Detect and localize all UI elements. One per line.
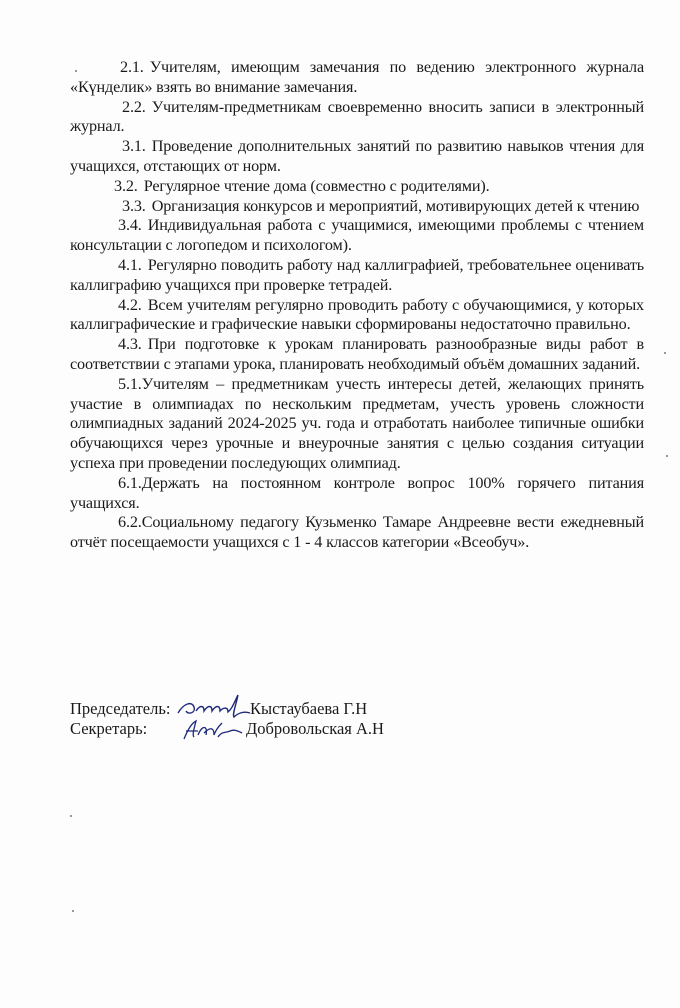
signatory-name: Кыстаубаева Г.Н [250,699,367,719]
paragraph-number: 6.2. [118,513,142,531]
paragraph-text: Учителям – предметникам учесть интересы … [70,375,644,472]
scan-speck [664,352,666,354]
paragraph-2-2: 2.2.Учителям-предметникам своевременно в… [70,98,644,138]
paragraph-number: 2.1. [120,58,144,76]
paragraph-3-2: 3.2.Регулярное чтение дома (совместно с … [70,177,644,197]
paragraph-text: Регулярное чтение дома (совместно с роди… [144,177,490,195]
paragraph-number: 4.3. [118,335,142,353]
signature-row-secretary: Секретарь: Добровольская А.Н [70,719,384,739]
scan-speck [74,245,76,247]
paragraph-number: 5.1. [118,375,142,393]
paragraph-text: Проведение дополнительных занятий по раз… [70,137,644,175]
paragraph-2-1: 2.1.Учителям, имеющим замечания по веден… [70,58,644,98]
signature-role: Председатель: [70,699,174,719]
paragraph-number: 3.3. [122,197,146,215]
paragraph-3-1: 3.1.Проведение дополнительных занятий по… [70,137,644,177]
paragraph-4-3: 4.3.При подготовке к урокам планировать … [70,335,644,375]
paragraph-text: Держать на постоянном контроле вопрос 10… [70,474,644,512]
signatory-name: Добровольская А.Н [246,719,384,739]
paragraph-6-2: 6.2.Социальному педагогу Кузьменко Тамар… [70,513,644,553]
paragraph-text: При подготовке к урокам планировать разн… [70,335,644,373]
paragraph-text: Учителям-предметникам своевременно вноси… [70,98,644,136]
paragraph-number: 4.2. [118,296,142,314]
paragraph-6-1: 6.1.Держать на постоянном контроле вопро… [70,474,644,514]
paragraph-number: 4.1. [118,256,142,274]
signature-block: Председатель: Кыстаубаева Г.Н Секретарь:… [70,699,384,739]
paragraph-5-1: 5.1.Учителям – предметникам учесть интер… [70,375,644,474]
scan-speck [72,910,74,912]
paragraph-number: 2.2. [122,98,146,116]
paragraph-text: Всем учителям регулярно проводить работу… [70,296,644,334]
paragraph-number: 6.1. [118,474,142,492]
paragraph-4-2: 4.2.Всем учителям регулярно проводить ра… [70,296,644,336]
paragraph-number: 3.2. [114,177,138,195]
signature-role: Секретарь: [70,719,174,739]
scan-speck [75,70,77,72]
paragraph-4-1: 4.1.Регулярно поводить работу над каллиг… [70,256,644,296]
paragraph-text: Индивидуальная работа с учащимися, имеющ… [70,216,644,254]
scan-speck [70,815,72,817]
paragraph-3-3: 3.3.Организация конкурсов и мероприятий,… [70,197,644,217]
document-body: 2.1.Учителям, имеющим замечания по веден… [70,58,644,553]
paragraph-text: Учителям, имеющим замечания по ведению э… [70,58,644,96]
handwritten-signature-icon [174,719,246,739]
scan-speck [666,455,668,457]
paragraph-text: Организация конкурсов и мероприятий, мот… [152,197,640,215]
paragraph-3-4: 3.4.Индивидуальная работа с учащимися, и… [70,216,644,256]
paragraph-text: Регулярно поводить работу над каллиграфи… [70,256,644,294]
paragraph-text: Социальному педагогу Кузьменко Тамаре Ан… [70,513,644,551]
paragraph-number: 3.4. [118,216,142,234]
paragraph-number: 3.1. [122,137,146,155]
